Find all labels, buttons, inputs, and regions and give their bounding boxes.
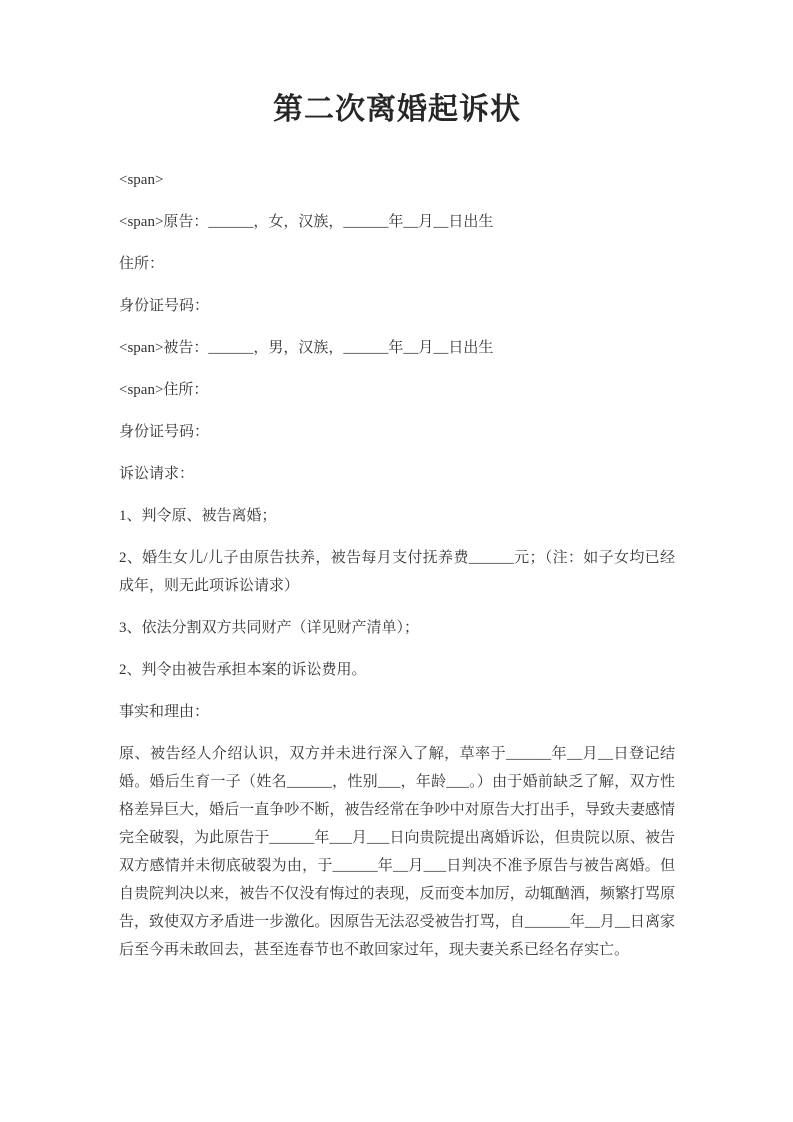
document-title: 第二次离婚起诉状 (119, 90, 675, 130)
paragraph-claim-2: 2、婚生女儿/儿子由原告扶养，被告每月支付抚养费______元；（注：如子女均已… (119, 544, 675, 600)
paragraph-plaintiff-address: 住所： (119, 250, 675, 278)
paragraph-claim-1: 1、判令原、被告离婚； (119, 502, 675, 530)
document-page: 第二次离婚起诉状 <span> <span>原告：______，女，汉族，___… (0, 0, 793, 1122)
paragraph-plaintiff-id-number: 身份证号码： (119, 292, 675, 320)
paragraph-claim-4: 2、判令由被告承担本案的诉讼费用。 (119, 656, 675, 684)
paragraph-span-stray: <span> (119, 166, 675, 194)
paragraph-defendant-info: <span>被告：______，男，汉族，______年__月__日出生 (119, 334, 675, 362)
paragraph-defendant-id-number: 身份证号码： (119, 418, 675, 446)
paragraph-claim-3: 3、依法分割双方共同财产（详见财产清单）； (119, 614, 675, 642)
paragraph-plaintiff-info: <span>原告：______，女，汉族，______年__月__日出生 (119, 208, 675, 236)
paragraph-facts-body: 原、被告经人介绍认识，双方并未进行深入了解，草率于______年__月__日登记… (119, 740, 675, 964)
paragraph-claims-heading: 诉讼请求： (119, 460, 675, 488)
paragraph-facts-heading: 事实和理由： (119, 698, 675, 726)
paragraph-defendant-address: <span>住所： (119, 376, 675, 404)
